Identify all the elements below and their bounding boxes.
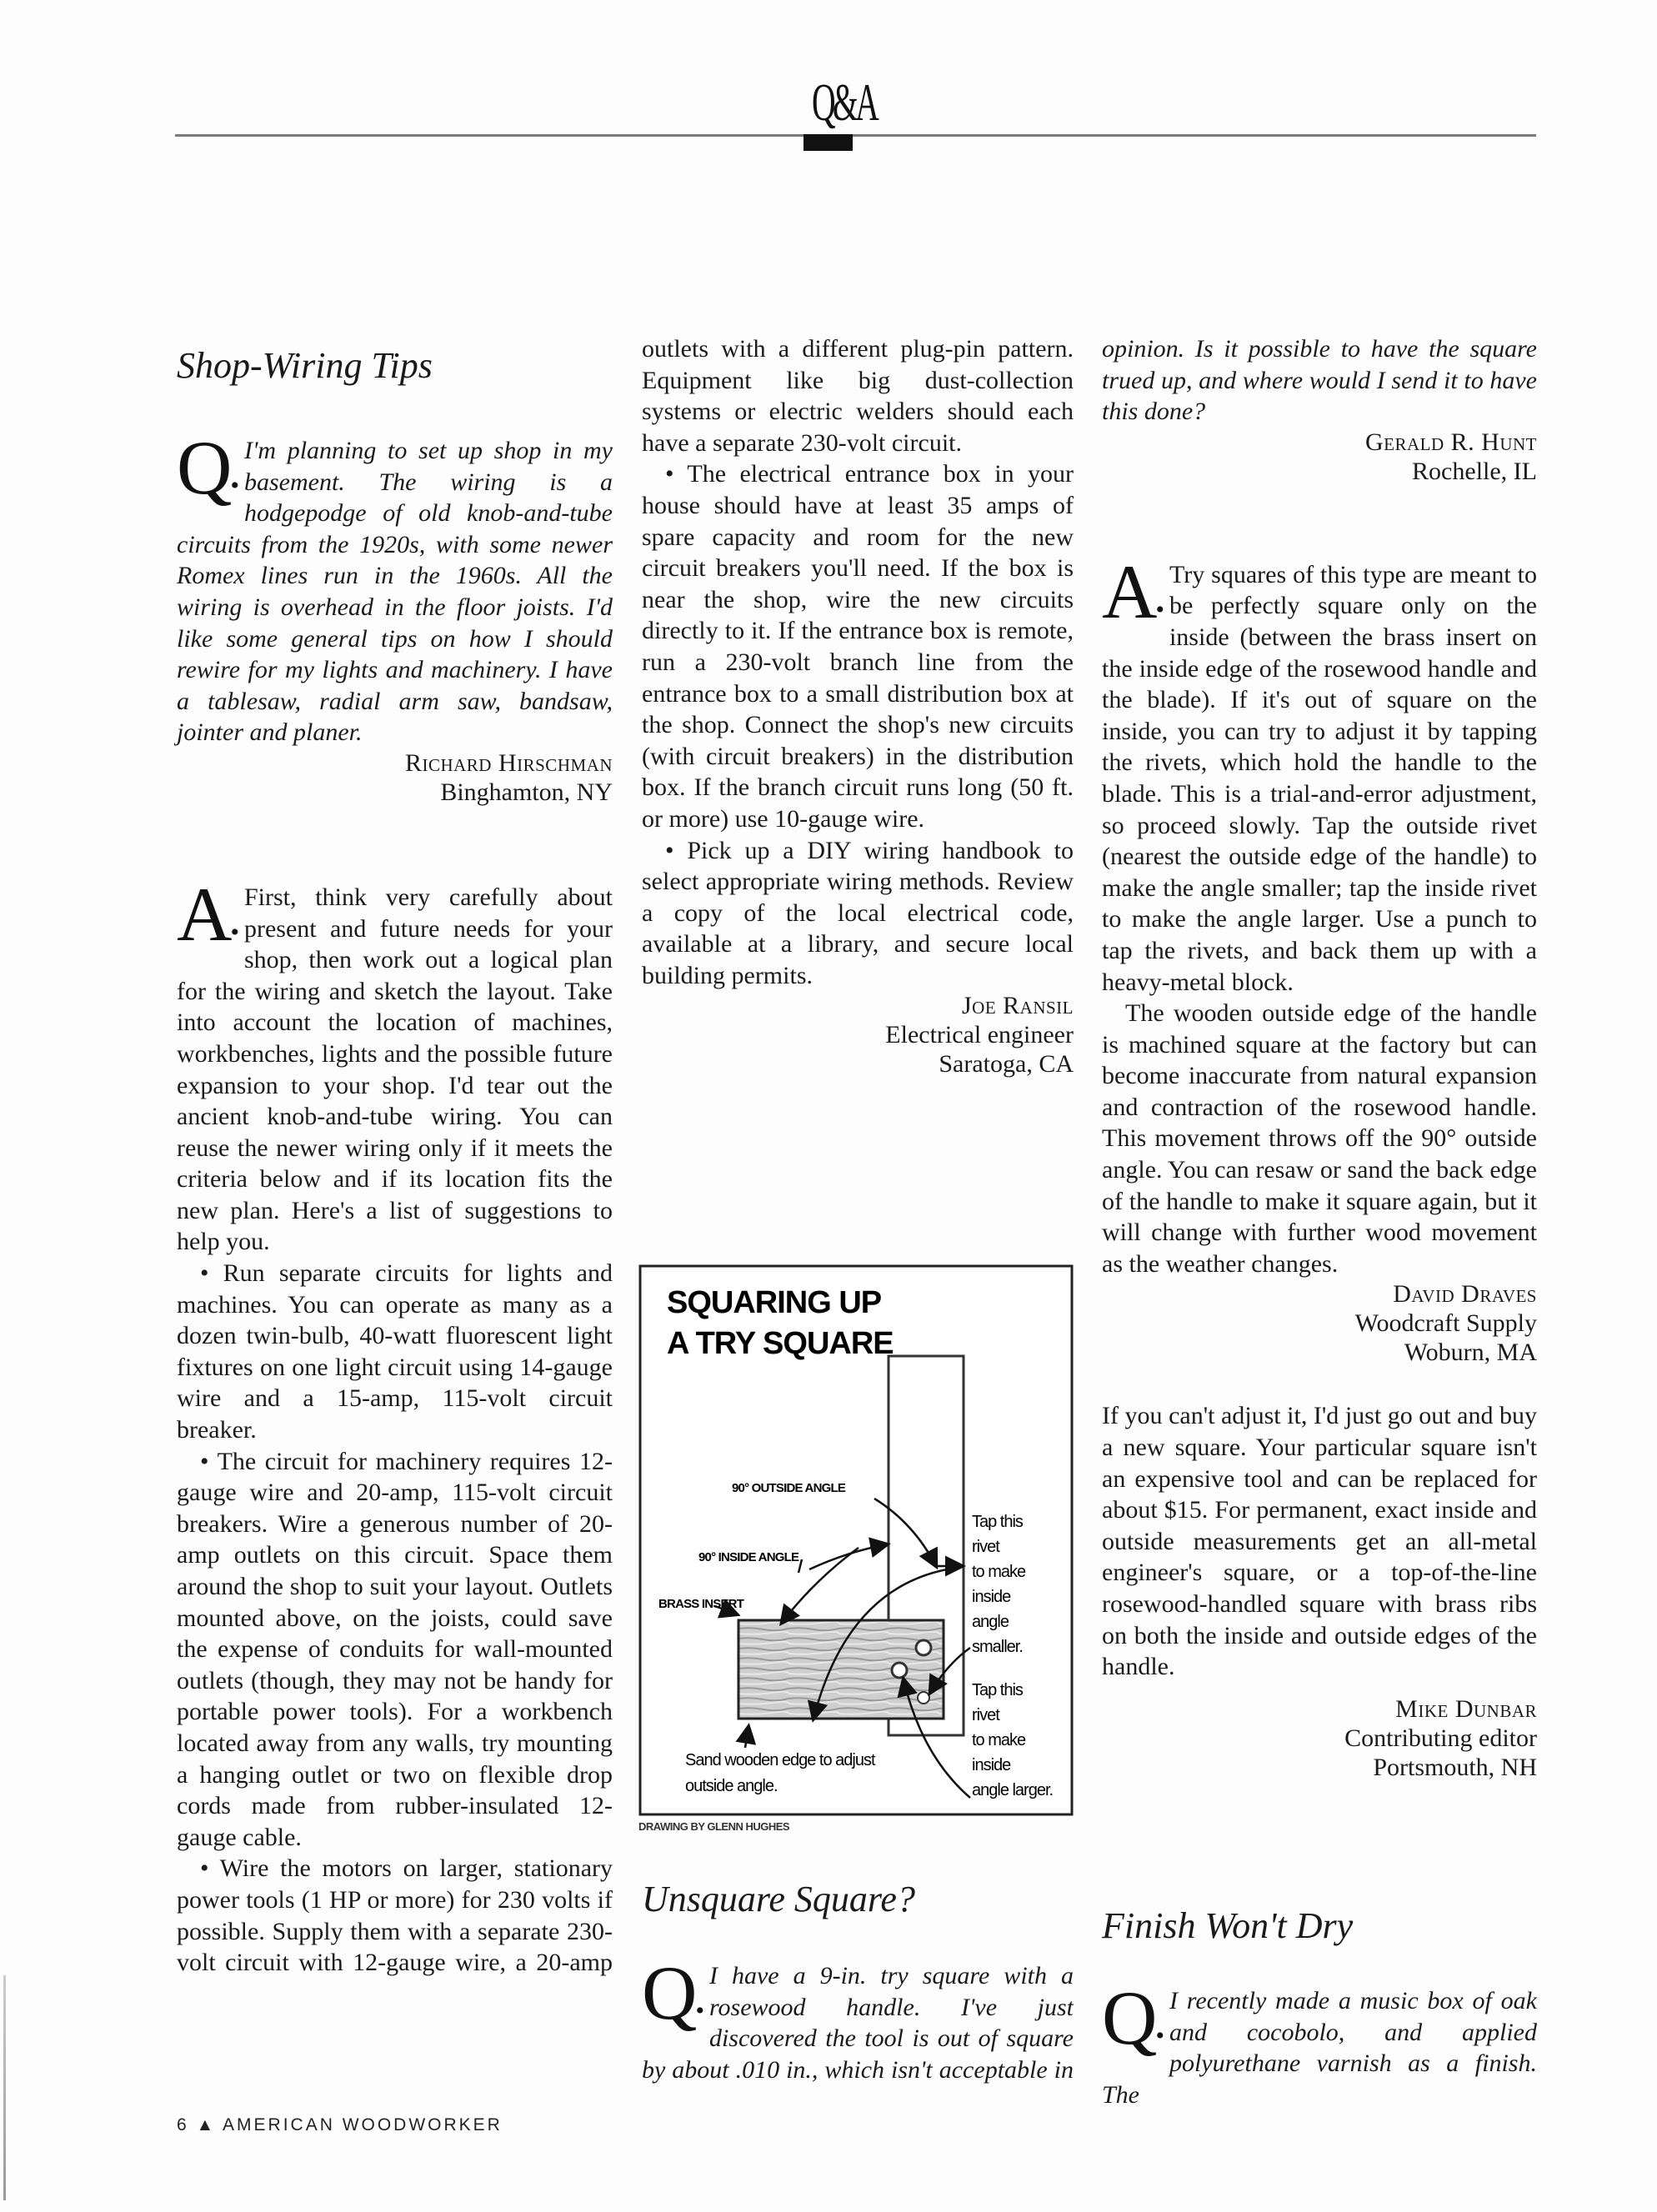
author-name: Richard Hirschman	[177, 748, 613, 778]
page-footer: 6 ▲ AMERICAN WOODWORKER	[177, 2115, 503, 2135]
article-unsquare-square: Unsquare Square? Q•I have a 9-in. try sq…	[642, 1879, 1074, 2085]
author-name: Gerald R. Hunt	[1102, 428, 1537, 457]
author-location: Woburn, MA	[1102, 1338, 1537, 1367]
label-tap-smaller: rivet	[972, 1538, 1000, 1556]
author-name: Joe Ransil	[642, 991, 1074, 1020]
label-tap-smaller: Tap this	[972, 1513, 1024, 1531]
author-name: Mike Dunbar	[1102, 1694, 1537, 1724]
signature-dunbar: Mike Dunbar Contributing editor Portsmou…	[1102, 1694, 1537, 1782]
header-tab-block	[803, 134, 853, 151]
try-square-diagram: SQUARING UP A TRY SQUARE 90° OUTSIDE ANG…	[638, 1256, 1074, 1819]
article-title-shop-wiring: Shop-Wiring Tips	[177, 345, 613, 387]
column-2: outlets with a different plug-pin patter…	[642, 333, 1074, 1078]
bullet-item: • The electrical entrance box in your ho…	[642, 458, 1074, 834]
label-inside-angle: 90° INSIDE ANGLE	[698, 1550, 799, 1564]
label-tap-smaller: smaller.	[972, 1638, 1023, 1656]
author-name: David Draves	[1102, 1279, 1537, 1309]
bullet-item: • The circuit for machinery requires 12-…	[177, 1446, 613, 1854]
label-sand-line1: Sand wooden edge to adjust	[685, 1751, 876, 1769]
label-tap-smaller: inside	[972, 1588, 1011, 1606]
drop-cap-q: Q•	[177, 438, 239, 515]
question-continuation: opinion. Is it possible to have the squa…	[1102, 333, 1537, 428]
rosewood-handle-shape	[738, 1620, 944, 1719]
author-location: Binghamton, NY	[177, 778, 613, 807]
scan-edge-mark	[3, 1975, 6, 2200]
drop-cap-q: Q•	[1102, 1989, 1164, 2065]
label-tap-larger: angle larger.	[972, 1781, 1053, 1799]
diagram-title-line2: A TRY SQUARE	[667, 1326, 894, 1361]
page-number: 6	[177, 2115, 189, 2134]
label-tap-smaller: to make	[972, 1563, 1026, 1581]
drawing-credit: DRAWING BY GLENN HUGHES	[638, 1820, 789, 1833]
column-1: Shop-Wiring Tips Q•I'm planning to set u…	[177, 333, 613, 1978]
author-role: Contributing editor	[1102, 1724, 1537, 1753]
article-title-unsquare: Unsquare Square?	[642, 1879, 1074, 1920]
inside-rivet	[892, 1663, 907, 1678]
label-tap-larger: to make	[972, 1731, 1026, 1749]
column-3: opinion. Is it possible to have the squa…	[1102, 333, 1537, 1782]
bullet-item: • Run separate circuits for lights and m…	[177, 1258, 613, 1446]
label-brass-insert: BRASS INSERT	[658, 1597, 744, 1611]
question-unsquare: Q•I have a 9-in. try square with a rosew…	[642, 1960, 1074, 2085]
header-rule	[175, 134, 1536, 137]
signature-hirschman: Richard Hirschman Binghamton, NY	[177, 748, 613, 807]
label-sand-line2: outside angle.	[685, 1777, 778, 1795]
answer-dunbar: If you can't adjust it, I'd just go out …	[1102, 1400, 1537, 1682]
label-outside-angle: 90° OUTSIDE ANGLE	[732, 1481, 846, 1495]
author-location: Rochelle, IL	[1102, 457, 1537, 486]
triangle-icon: ▲	[197, 2115, 217, 2134]
article-title-finish: Finish Won't Dry	[1102, 1905, 1537, 1947]
author-role: Electrical engineer	[642, 1020, 1074, 1049]
publication-name: AMERICAN WOODWORKER	[223, 2115, 503, 2134]
signature-hunt: Gerald R. Hunt Rochelle, IL	[1102, 428, 1537, 486]
signature-ransil: Joe Ransil Electrical engineer Saratoga,…	[642, 991, 1074, 1078]
drop-cap-q: Q•	[642, 1964, 704, 2040]
bullet-item: • Pick up a DIY wiring handbook to selec…	[642, 835, 1074, 992]
diagram-title-line1: SQUARING UP	[667, 1285, 882, 1320]
label-tap-larger: rivet	[972, 1706, 1000, 1724]
bullet-item-continued: • Wire the motors on larger, stationary …	[177, 1853, 613, 1978]
bullet-continuation: outlets with a different plug-pin patter…	[642, 333, 1074, 458]
question-finish: Q•I recently made a music box of oak and…	[1102, 1985, 1537, 2110]
question-shop-wiring: Q•I'm planning to set up shop in my base…	[177, 435, 613, 748]
label-tap-larger: Tap this	[972, 1681, 1024, 1699]
article-finish-wont-dry: Finish Won't Dry Q•I recently made a mus…	[1102, 1905, 1537, 2110]
answer-draves-p2: The wooden outside edge of the handle is…	[1102, 998, 1537, 1279]
drop-cap-a: A•	[177, 885, 239, 962]
signature-draves: David Draves Woodcraft Supply Woburn, MA	[1102, 1279, 1537, 1367]
author-location: Saratoga, CA	[642, 1049, 1074, 1078]
outside-rivet	[916, 1640, 931, 1655]
author-location: Portsmouth, NH	[1102, 1753, 1537, 1782]
answer-intro: A•First, think very carefully about pres…	[177, 882, 613, 1258]
label-tap-smaller: angle	[972, 1613, 1009, 1631]
section-header-title: Q&A	[812, 73, 876, 132]
author-company: Woodcraft Supply	[1102, 1309, 1537, 1338]
answer-draves-p1: A•Try squares of this type are meant to …	[1102, 559, 1537, 998]
label-tap-larger: inside	[972, 1756, 1011, 1774]
drop-cap-a: A•	[1102, 563, 1164, 639]
